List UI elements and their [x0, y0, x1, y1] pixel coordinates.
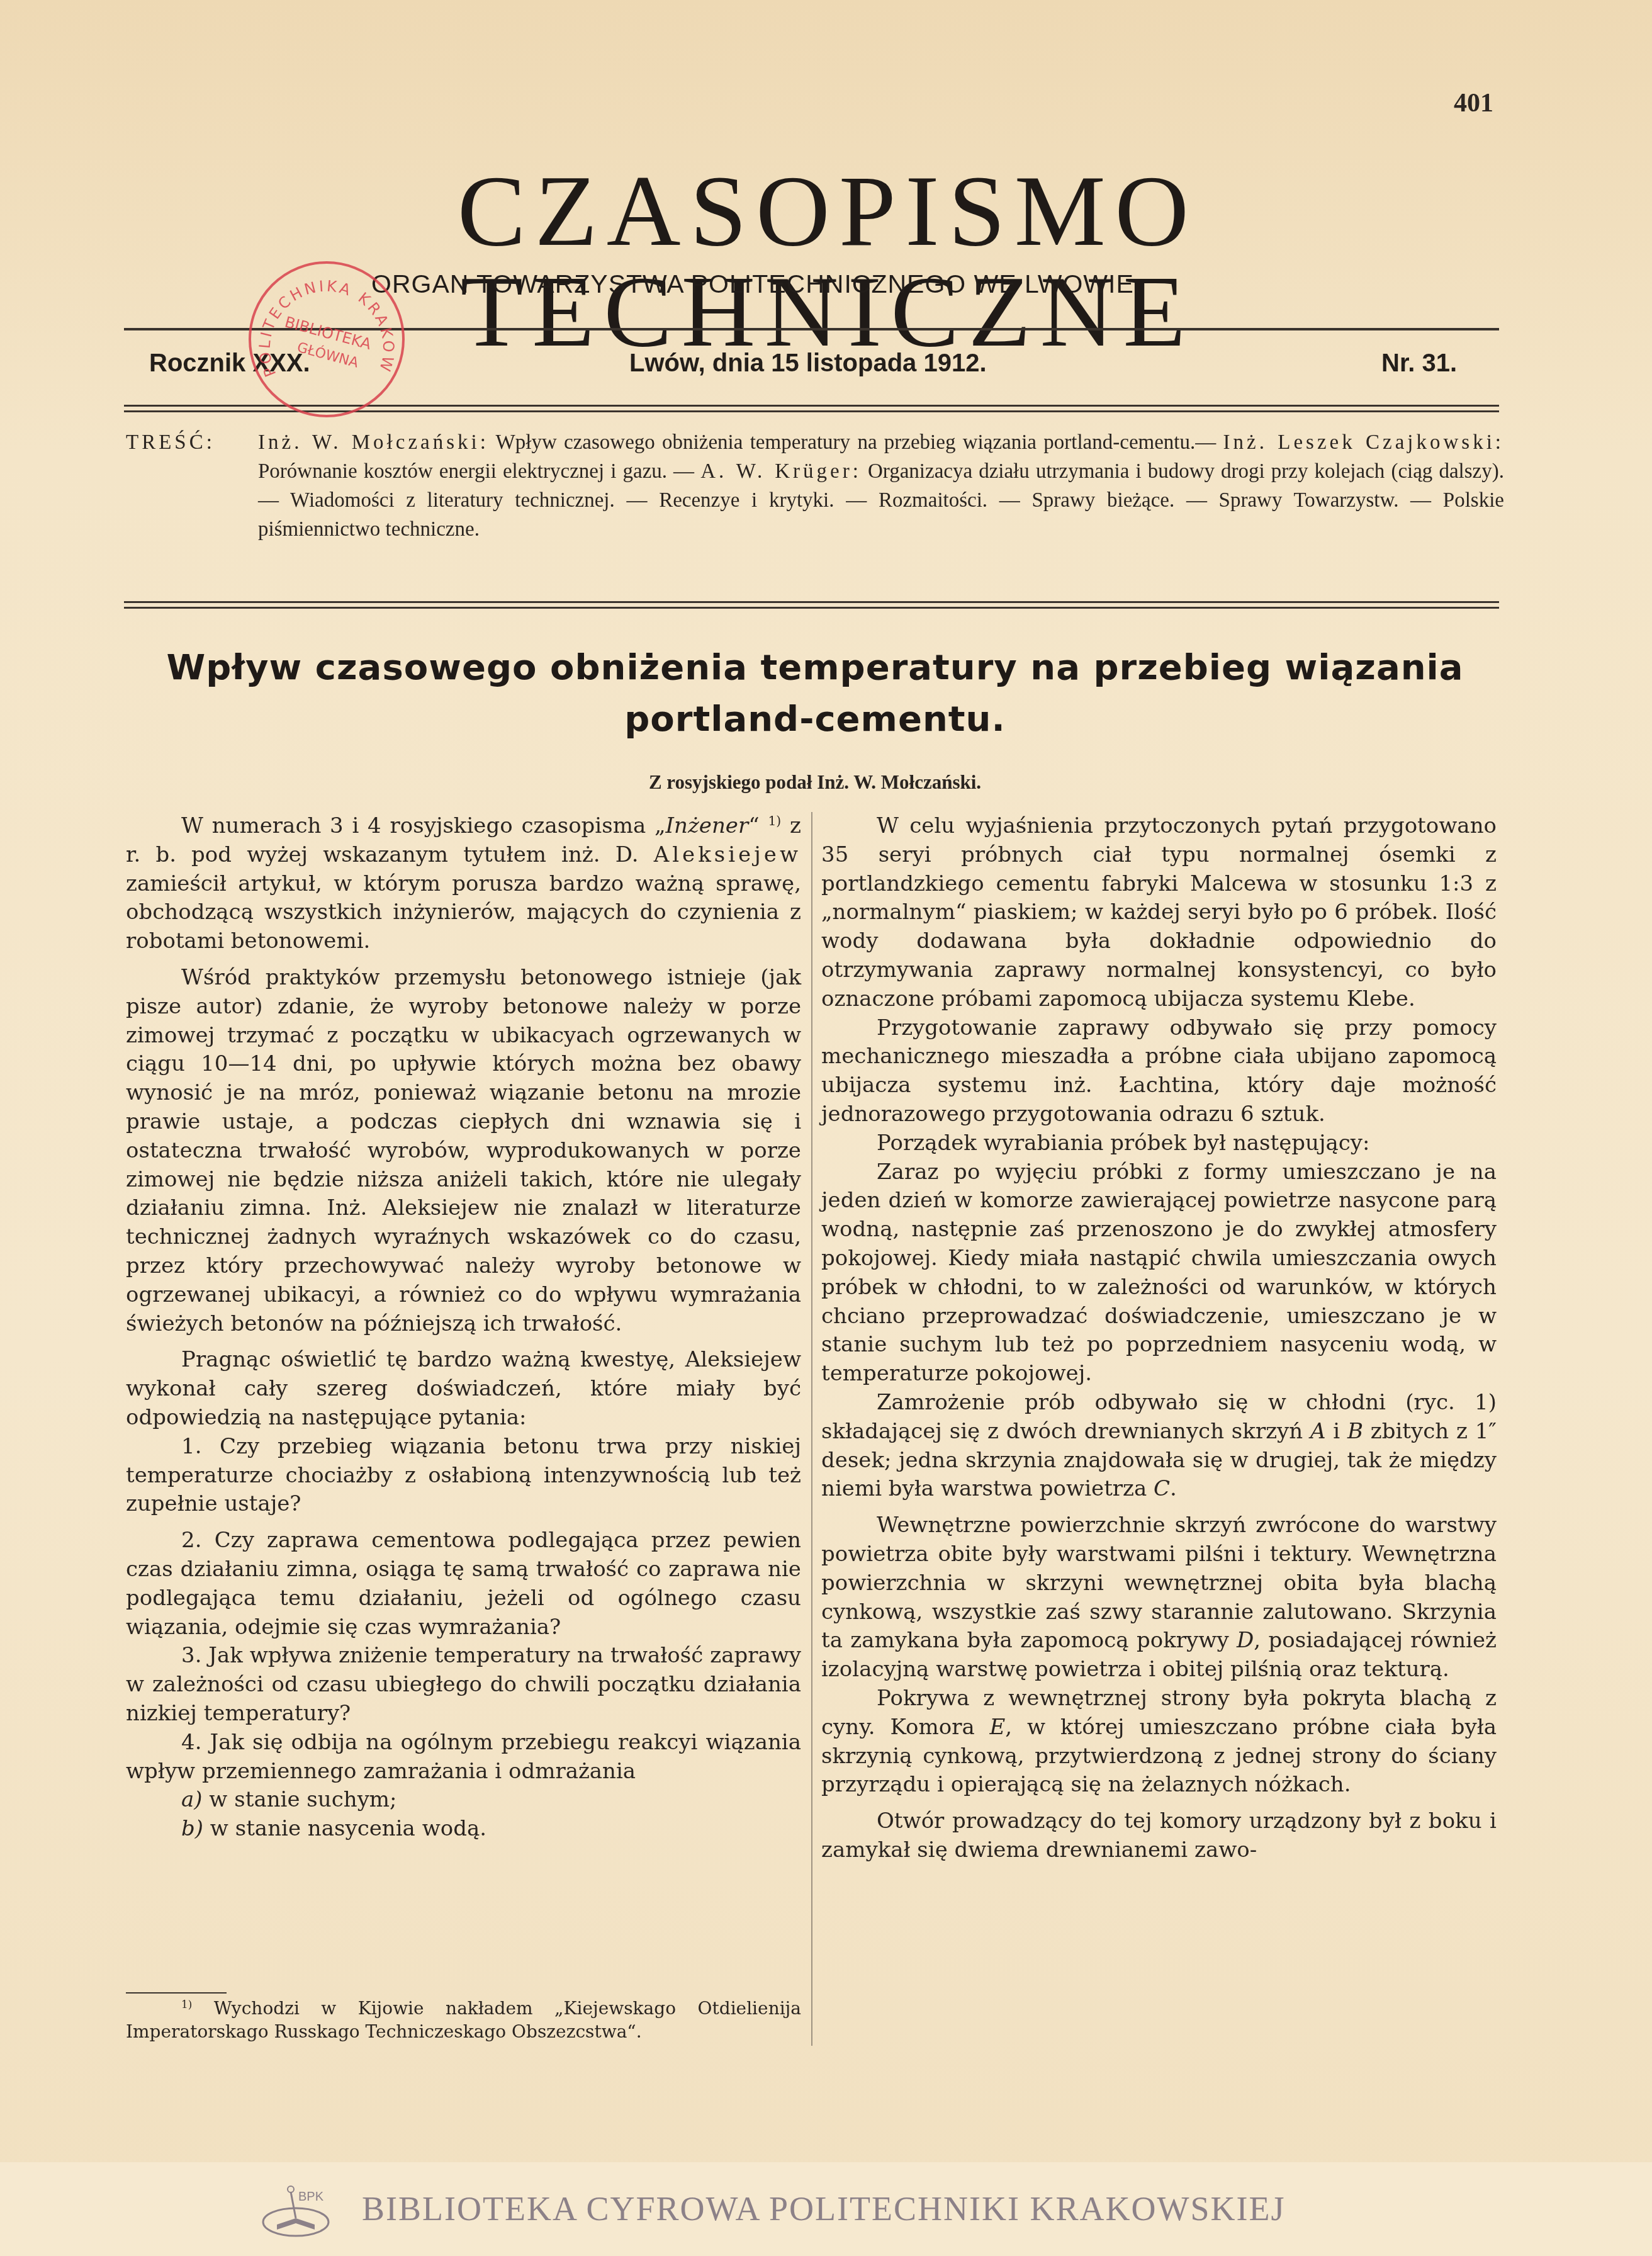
- contents-author-1: Inż. W. Mołczański:: [258, 431, 489, 454]
- logo-label: BPK: [298, 2190, 324, 2204]
- paragraph: Wśród praktyków przemysłu betonowego ist…: [126, 964, 801, 1338]
- question-2: 2. Czy zaprawa cementowa podlegająca prz…: [126, 1526, 801, 1642]
- digital-library-name[interactable]: BIBLIOTEKA CYFROWA POLITECHNIKI KRAKOWSK…: [362, 2189, 1285, 2228]
- question-1: 1. Czy przebieg wiązania betonu trwa prz…: [126, 1433, 801, 1519]
- article-title: Wpływ czasowego obniżenia temperatury na…: [126, 642, 1504, 745]
- issue-date: Lwów, dnia 15 listopada 1912.: [629, 349, 987, 378]
- paragraph: Porządek wyrabiania próbek był następują…: [821, 1129, 1497, 1158]
- stamp-graphic: POLITECHNIKA KRAKOWSKA BIBLIOTEKA GŁÓWNA: [251, 264, 402, 415]
- paragraph: W celu wyjaśnienia przytoczonych pytań p…: [821, 812, 1497, 1014]
- article-column-left: W numerach 3 i 4 rosyjskiego czasopisma …: [126, 812, 801, 1844]
- contents-author-3: A. W. Krüger:: [700, 460, 862, 483]
- article-column-right: W celu wyjaśnienia przytoczonych pytań p…: [821, 812, 1497, 1865]
- question-3: 3. Jak wpływa zniżenie temperatury na tr…: [126, 1642, 801, 1728]
- journal-name: Inżener: [666, 813, 749, 838]
- question-4a: a) w stanie suchym;: [126, 1786, 801, 1815]
- contents-body: Inż. W. Mołczański: Wpływ czasowego obni…: [258, 428, 1504, 544]
- person-name: Aleksiejew: [654, 842, 801, 867]
- article-byline: Z rosyjskiego podał Inż. W. Mołczański.: [126, 771, 1504, 794]
- question-4: 4. Jak się odbija na ogólnym przebiegu r…: [126, 1729, 801, 1786]
- footnote-marker: 1): [181, 1998, 192, 2011]
- contents-title-2: Porównanie kosztów energii elektrycznej …: [258, 460, 700, 483]
- paragraph: Wewnętrzne powierzchnie skrzyń zwrócone …: [821, 1511, 1497, 1684]
- issue-number: Nr. 31.: [1381, 349, 1457, 378]
- contents-author-2: Inż. Leszek Czajkowski:: [1223, 431, 1504, 454]
- contents-double-rule: [124, 601, 1499, 609]
- footnote-rule: [126, 1992, 227, 1994]
- paragraph: Zaraz po wyjęciu próbki z formy umieszcz…: [821, 1158, 1497, 1389]
- footnote: 1) Wychodzi w Kijowie nakładem „Kiejewsk…: [126, 1997, 801, 2043]
- article-title-line-2: portland-cementu.: [126, 694, 1504, 745]
- contents-title-1: Wpływ czasowego obniżenia temperatury na…: [489, 431, 1216, 454]
- paragraph: Przygotowanie zaprawy odbywało się przy …: [821, 1014, 1497, 1129]
- library-book-logo-icon[interactable]: BPK: [258, 2183, 346, 2240]
- column-divider: [811, 812, 812, 2046]
- question-4b: b) w stanie nasycenia wodą.: [126, 1815, 801, 1844]
- contents-label: TREŚĆ:: [126, 428, 215, 457]
- footnote-ref[interactable]: 1): [768, 813, 781, 828]
- paragraph: Pokrywa z wewnętrznej strony była pokryt…: [821, 1684, 1497, 1800]
- article-title-line-1: Wpływ czasowego obniżenia temperatury na…: [126, 642, 1504, 694]
- paragraph: Pragnąc oświetlić tę bardzo ważną kwesty…: [126, 1346, 801, 1432]
- paragraph: Otwór prowadzący do tej komory urządzony…: [821, 1807, 1497, 1865]
- library-stamp-icon: POLITECHNIKA KRAKOWSKA BIBLIOTEKA GŁÓWNA: [249, 261, 405, 417]
- paragraph: Zamrożenie prób odbywało się w chłodni (…: [821, 1389, 1497, 1504]
- journal-subtitle: ORGAN TOWARZYSTWA POLITECHNICZNEGO WE LW…: [371, 269, 1142, 299]
- page-number: 401: [1454, 88, 1493, 118]
- paragraph: W numerach 3 i 4 rosyjskiego czasopisma …: [126, 812, 801, 956]
- table-of-contents: TREŚĆ: Inż. W. Mołczański: Wpływ czasowe…: [126, 428, 1504, 544]
